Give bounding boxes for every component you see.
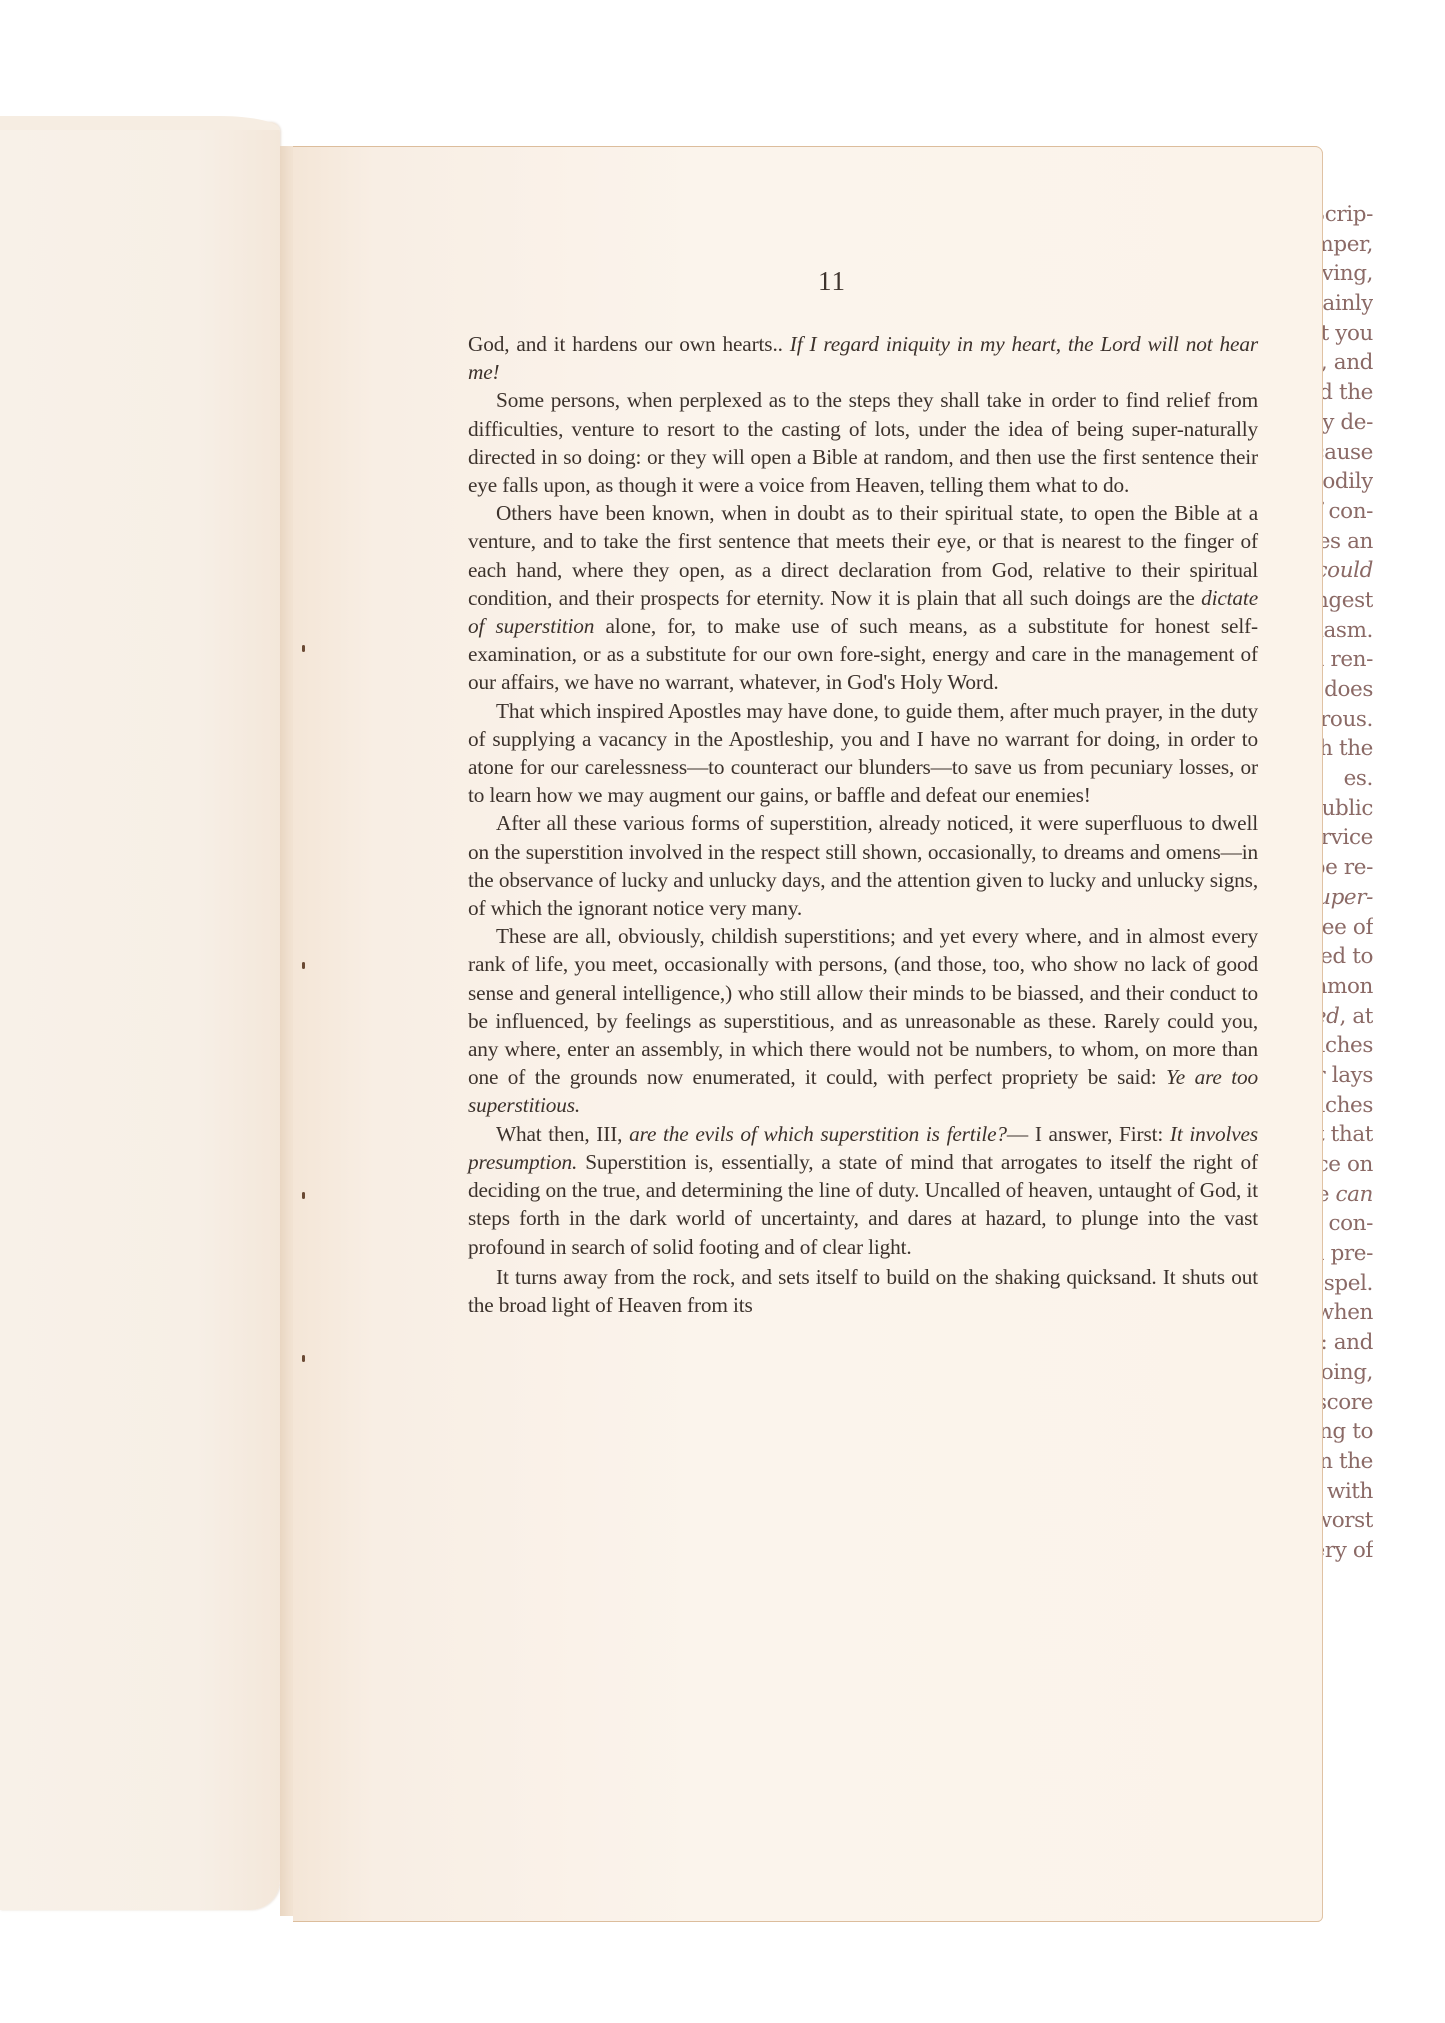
paragraph: Some persons, when perplexed as to the s… [468,386,1258,499]
paragraph: God, and it hardens our own hearts.. If … [468,330,1258,386]
paragraph: It turns away from the rock, and sets it… [468,1263,1258,1319]
binding-thread-mark [302,1355,305,1362]
paragraph: What then, III, are the evils of which s… [468,1120,1258,1261]
paragraph: After all these various forms of superst… [468,809,1258,922]
left-page [0,122,280,1910]
right-page-body-text: God, and it hardens our own hearts.. If … [468,330,1258,1319]
binding-thread-mark [302,1192,305,1199]
binding-thread-mark [302,962,305,969]
paragraph: Others have been known, when in doubt as… [468,499,1258,696]
binding-thread-mark [302,645,305,652]
paragraph: That which inspired Apostles may have do… [468,697,1258,810]
paragraph: These are all, obviously, childish super… [468,922,1258,1119]
page-number: 11 [818,266,846,297]
